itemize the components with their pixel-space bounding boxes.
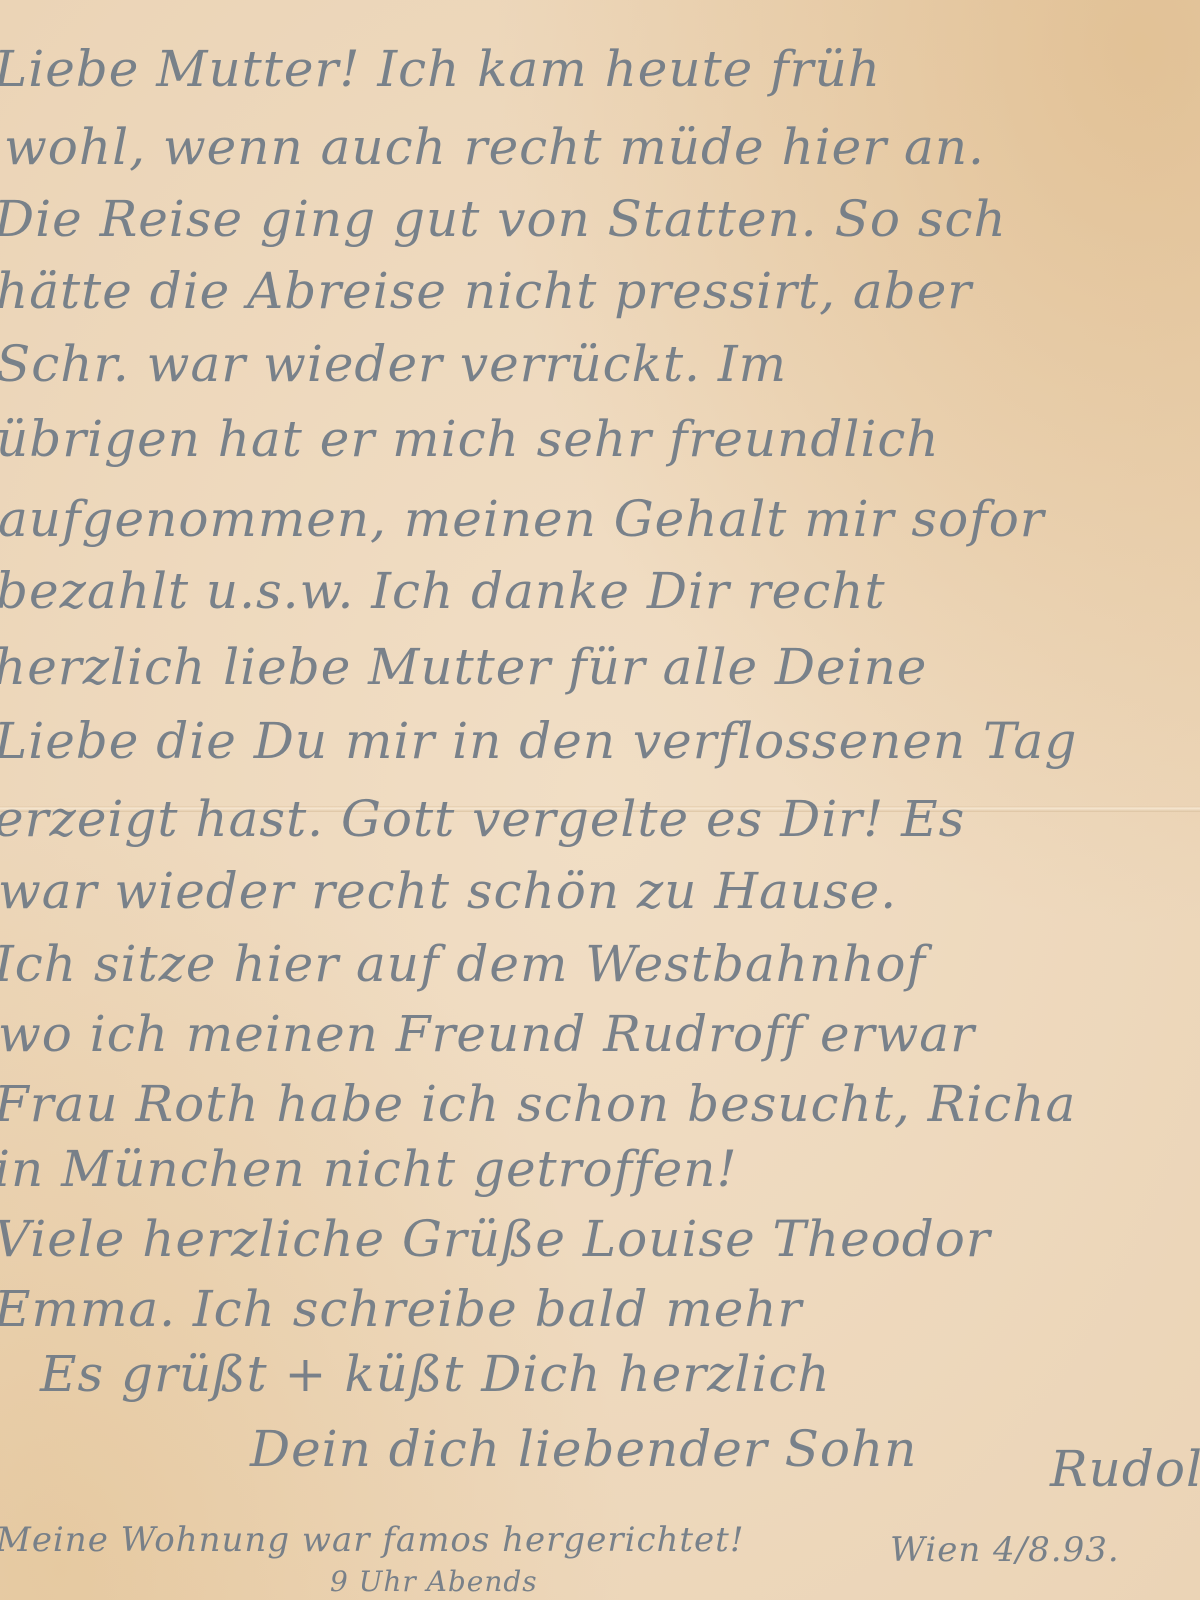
letter-line-9: herzlich liebe Mutter für alle Deine	[0, 638, 927, 696]
letter-line-20: Dein dich liebender Sohn	[250, 1420, 917, 1478]
letter-line-13: Ich sitze hier auf dem Westbahnhof	[0, 935, 926, 993]
letter-line-10: Liebe die Du mir in den verflossenen Tag	[0, 712, 1077, 770]
letter-line-8: bezahlt u.s.w. Ich danke Dir recht	[0, 562, 886, 620]
letter-line-5: Schr. war wieder verrückt. Im	[0, 335, 787, 393]
signature: Rudol	[1050, 1440, 1200, 1498]
letter-line-18: Emma. Ich schreibe bald mehr	[0, 1280, 802, 1338]
letter-line-15: Frau Roth habe ich schon besucht, Richa	[0, 1075, 1076, 1133]
letter-line-3: Die Reise ging gut von Statten. So sch	[0, 190, 1007, 248]
letter-line-7: aufgenommen, meinen Gehalt mir sofor	[0, 490, 1045, 548]
letter-line-2: wohl, wenn auch recht müde hier an.	[4, 118, 985, 176]
postscript-time-note: 9 Uhr Abends	[330, 1565, 538, 1598]
letter-line-17: Viele herzliche Grüße Louise Theodor	[0, 1210, 991, 1268]
letter-line-19: Es grüßt + küßt Dich herzlich	[40, 1345, 831, 1403]
letter-line-4: hätte die Abreise nicht pressirt, aber	[0, 262, 972, 320]
letter-line-6: übrigen hat er mich sehr freundlich	[0, 410, 940, 468]
place-date: Wien 4/8.93.	[890, 1530, 1120, 1570]
letter-line-11: erzeigt hast. Gott vergelte es Dir! Es	[0, 790, 965, 848]
postscript: Meine Wohnung war famos hergerichtet!	[0, 1520, 745, 1560]
letter-line-16: in München nicht getroffen!	[0, 1140, 738, 1198]
letter-line-1: Liebe Mutter! Ich kam heute früh	[0, 40, 881, 98]
letter-line-12: war wieder recht schön zu Hause.	[0, 862, 897, 920]
letter-line-14: wo ich meinen Freund Rudroff erwar	[0, 1005, 975, 1063]
